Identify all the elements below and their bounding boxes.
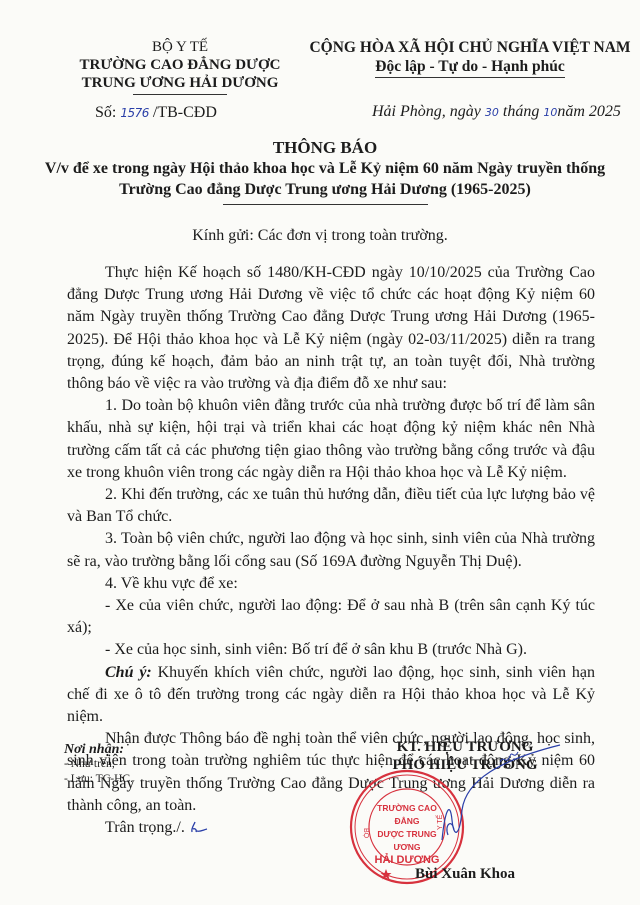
title-divider bbox=[223, 204, 428, 205]
signer-role-line1: KT. HIỆU TRƯỞNG bbox=[360, 738, 570, 756]
year-text: năm 2025 bbox=[557, 103, 621, 120]
recipients: Nơi nhận: - Như trên; - Lưu: TC-HC. bbox=[64, 742, 133, 787]
day-handwritten: 30 bbox=[485, 106, 499, 119]
nation-name: CỘNG HÒA XÃ HỘI CHỦ NGHĨA VIỆT NAM bbox=[305, 38, 635, 57]
place-prefix: Hải Phòng, ngày bbox=[372, 103, 481, 120]
item-2: 2. Khi đến trường, các xe tuân thủ hướng… bbox=[67, 484, 595, 528]
item-4-b: - Xe của học sinh, sinh viên: Bố trí để … bbox=[67, 639, 595, 661]
month-handwritten: 10 bbox=[543, 106, 557, 119]
regards-text: Trân trọng./. bbox=[105, 819, 185, 836]
recipient-item: - Lưu: TC-HC. bbox=[64, 772, 133, 787]
ministry-name: BỘ Y TẾ bbox=[60, 38, 300, 56]
note-paragraph: Chú ý: Khuyến khích viên chức, người lao… bbox=[67, 662, 595, 729]
item-3: 3. Toàn bộ viên chức, người lao động và … bbox=[67, 528, 595, 572]
doc-no-prefix: Số: bbox=[95, 104, 116, 121]
doc-no-handwritten: 1576 bbox=[120, 106, 149, 120]
item-4: 4. Về khu vực để xe: bbox=[67, 573, 595, 595]
signature-block: KT. HIỆU TRƯỞNG PHÓ HIỆU TRƯỞNG Bùi Xuân… bbox=[360, 738, 570, 774]
school-name-line2: TRUNG ƯƠNG HẢI DƯƠNG bbox=[60, 74, 300, 92]
school-name-line1: TRƯỜNG CAO ĐẲNG DƯỢC bbox=[60, 56, 300, 74]
recipient-item: - Như trên; bbox=[64, 757, 133, 772]
recipients-label: Nơi nhận: bbox=[64, 742, 133, 757]
notice-subject-line1: V/v để xe trong ngày Hội thảo khoa học v… bbox=[40, 158, 610, 179]
document-number: Số: 1576 /TB-CĐD bbox=[95, 104, 217, 122]
signer-role-line2: PHÓ HIỆU TRƯỞNG bbox=[360, 756, 570, 774]
regards: Trân trọng./. bbox=[67, 817, 595, 839]
stamp-text: TRƯỜNG CAO ĐẲNG DƯỢC TRUNG ƯƠNG HẢI DƯƠN… bbox=[365, 802, 449, 867]
notice-heading: THÔNG BÁO bbox=[40, 138, 610, 158]
item-1: 1. Do toàn bộ khuôn viên đằng trước của … bbox=[67, 395, 595, 484]
doc-no-suffix: /TB-CĐD bbox=[153, 104, 217, 121]
notice-subject-line2: Trường Cao đẳng Dược Trung ương Hải Dươn… bbox=[40, 179, 610, 200]
greeting: Kính gửi: Các đơn vị trong toàn trường. bbox=[0, 227, 640, 245]
initial-mark-icon bbox=[189, 820, 209, 834]
note-label: Chú ý: bbox=[105, 664, 152, 681]
header-left-divider bbox=[133, 94, 227, 95]
item-4-a: - Xe của viên chức, người lao động: Để ở… bbox=[67, 595, 595, 639]
notice-title-block: THÔNG BÁO V/v để xe trong ngày Hội thảo … bbox=[40, 138, 610, 205]
month-label: tháng bbox=[503, 103, 539, 120]
place-and-date: Hải Phòng, ngày 30 tháng 10năm 2025 bbox=[372, 103, 621, 121]
national-motto: Độc lập - Tự do - Hạnh phúc bbox=[375, 57, 564, 78]
issuing-authority: BỘ Y TẾ TRƯỜNG CAO ĐẲNG DƯỢC TRUNG ƯƠNG … bbox=[60, 38, 300, 95]
intro-paragraph: Thực hiện Kế hoạch số 1480/KH-CĐD ngày 1… bbox=[67, 262, 595, 395]
signer-name: Bùi Xuân Khoa bbox=[360, 866, 570, 883]
national-header: CỘNG HÒA XÃ HỘI CHỦ NGHĨA VIỆT NAM Độc l… bbox=[305, 38, 635, 78]
document-page: BỘ Y TẾ TRƯỜNG CAO ĐẲNG DƯỢC TRUNG ƯƠNG … bbox=[0, 0, 640, 905]
stamp-line2: DƯỢC TRUNG ƯƠNG bbox=[365, 828, 449, 854]
stamp-line1: TRƯỜNG CAO ĐẲNG bbox=[365, 802, 449, 828]
